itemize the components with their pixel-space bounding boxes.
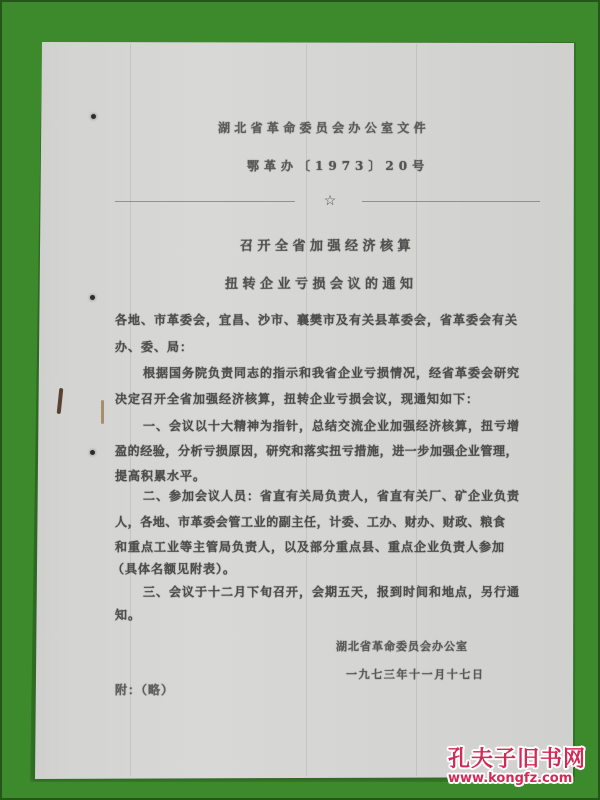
section-2-line: 和重点工业等主管局负责人，以及部分重点县、重点企业负责人参加 xyxy=(115,538,505,555)
document-title-line-1: 召开全省加强经济核算 xyxy=(240,235,415,254)
signature-date: 一九七三年十一月十七日 xyxy=(346,666,485,682)
section-1-line: 提高积累水平。 xyxy=(115,467,206,484)
binding-hole xyxy=(90,295,95,300)
divider-right xyxy=(362,201,540,202)
attachment-note: 附：（略） xyxy=(115,681,174,698)
rust-stain xyxy=(57,388,64,414)
salutation-line: 办、委、局： xyxy=(115,338,193,355)
rust-stain xyxy=(101,400,104,424)
section-3-line: 知。 xyxy=(115,606,141,623)
section-1-line: 盈的经验，分析亏损原因，研究和落实扭亏措施，进一步加强企业管理， xyxy=(115,442,518,459)
section-2-line: （具体名额见附表）。 xyxy=(112,560,236,577)
watermark-site-name: 孔夫子旧书网 xyxy=(448,742,586,773)
watermark-site-url: www.kongfz.com xyxy=(448,771,572,786)
binding-hole xyxy=(91,114,96,119)
signature-issuer: 湖北省革命委员会办公室 xyxy=(336,638,468,654)
section-2-line: 二、参加会议人员：省直有关局负责人，省直有关厂、矿企业负责 xyxy=(143,487,520,504)
intro-line: 根据国务院负责同志的指示和我省企业亏损情况，经省革委会研究 xyxy=(143,364,520,381)
star-icon: ☆ xyxy=(322,193,338,209)
fold-crease xyxy=(130,44,131,776)
section-2-line: 人，各地、市革委会管工业的副主任，计委、工办、财办、财政、粮食 xyxy=(115,513,506,530)
intro-line: 决定召开全省加强经济核算，扭转企业亏损会议，现通知如下： xyxy=(115,390,479,407)
section-1-line: 一、会议以十大精神为指针，总结交流企业加强经济核算，扭亏增 xyxy=(143,417,520,434)
document-page: 湖北省革命委员会办公室文件 鄂革办〔1973〕20号 ☆ 召开全省加强经济核算 … xyxy=(0,0,600,800)
document-title-line-2: 扭转企业亏损会议的通知 xyxy=(225,273,418,292)
section-3-line: 三、会议于十二月下旬召开，会期五天，报到时间和地点，另行通 xyxy=(143,583,520,600)
binding-hole xyxy=(90,450,95,455)
document-number: 鄂革办〔1973〕20号 xyxy=(247,157,429,174)
salutation-line: 各地、市革委会，宜昌、沙市、襄樊市及有关县革委会，省革委会有关 xyxy=(115,311,518,328)
divider-left xyxy=(115,201,295,202)
issuer-header: 湖北省革命委员会办公室文件 xyxy=(218,119,430,136)
fold-crease xyxy=(306,44,307,776)
